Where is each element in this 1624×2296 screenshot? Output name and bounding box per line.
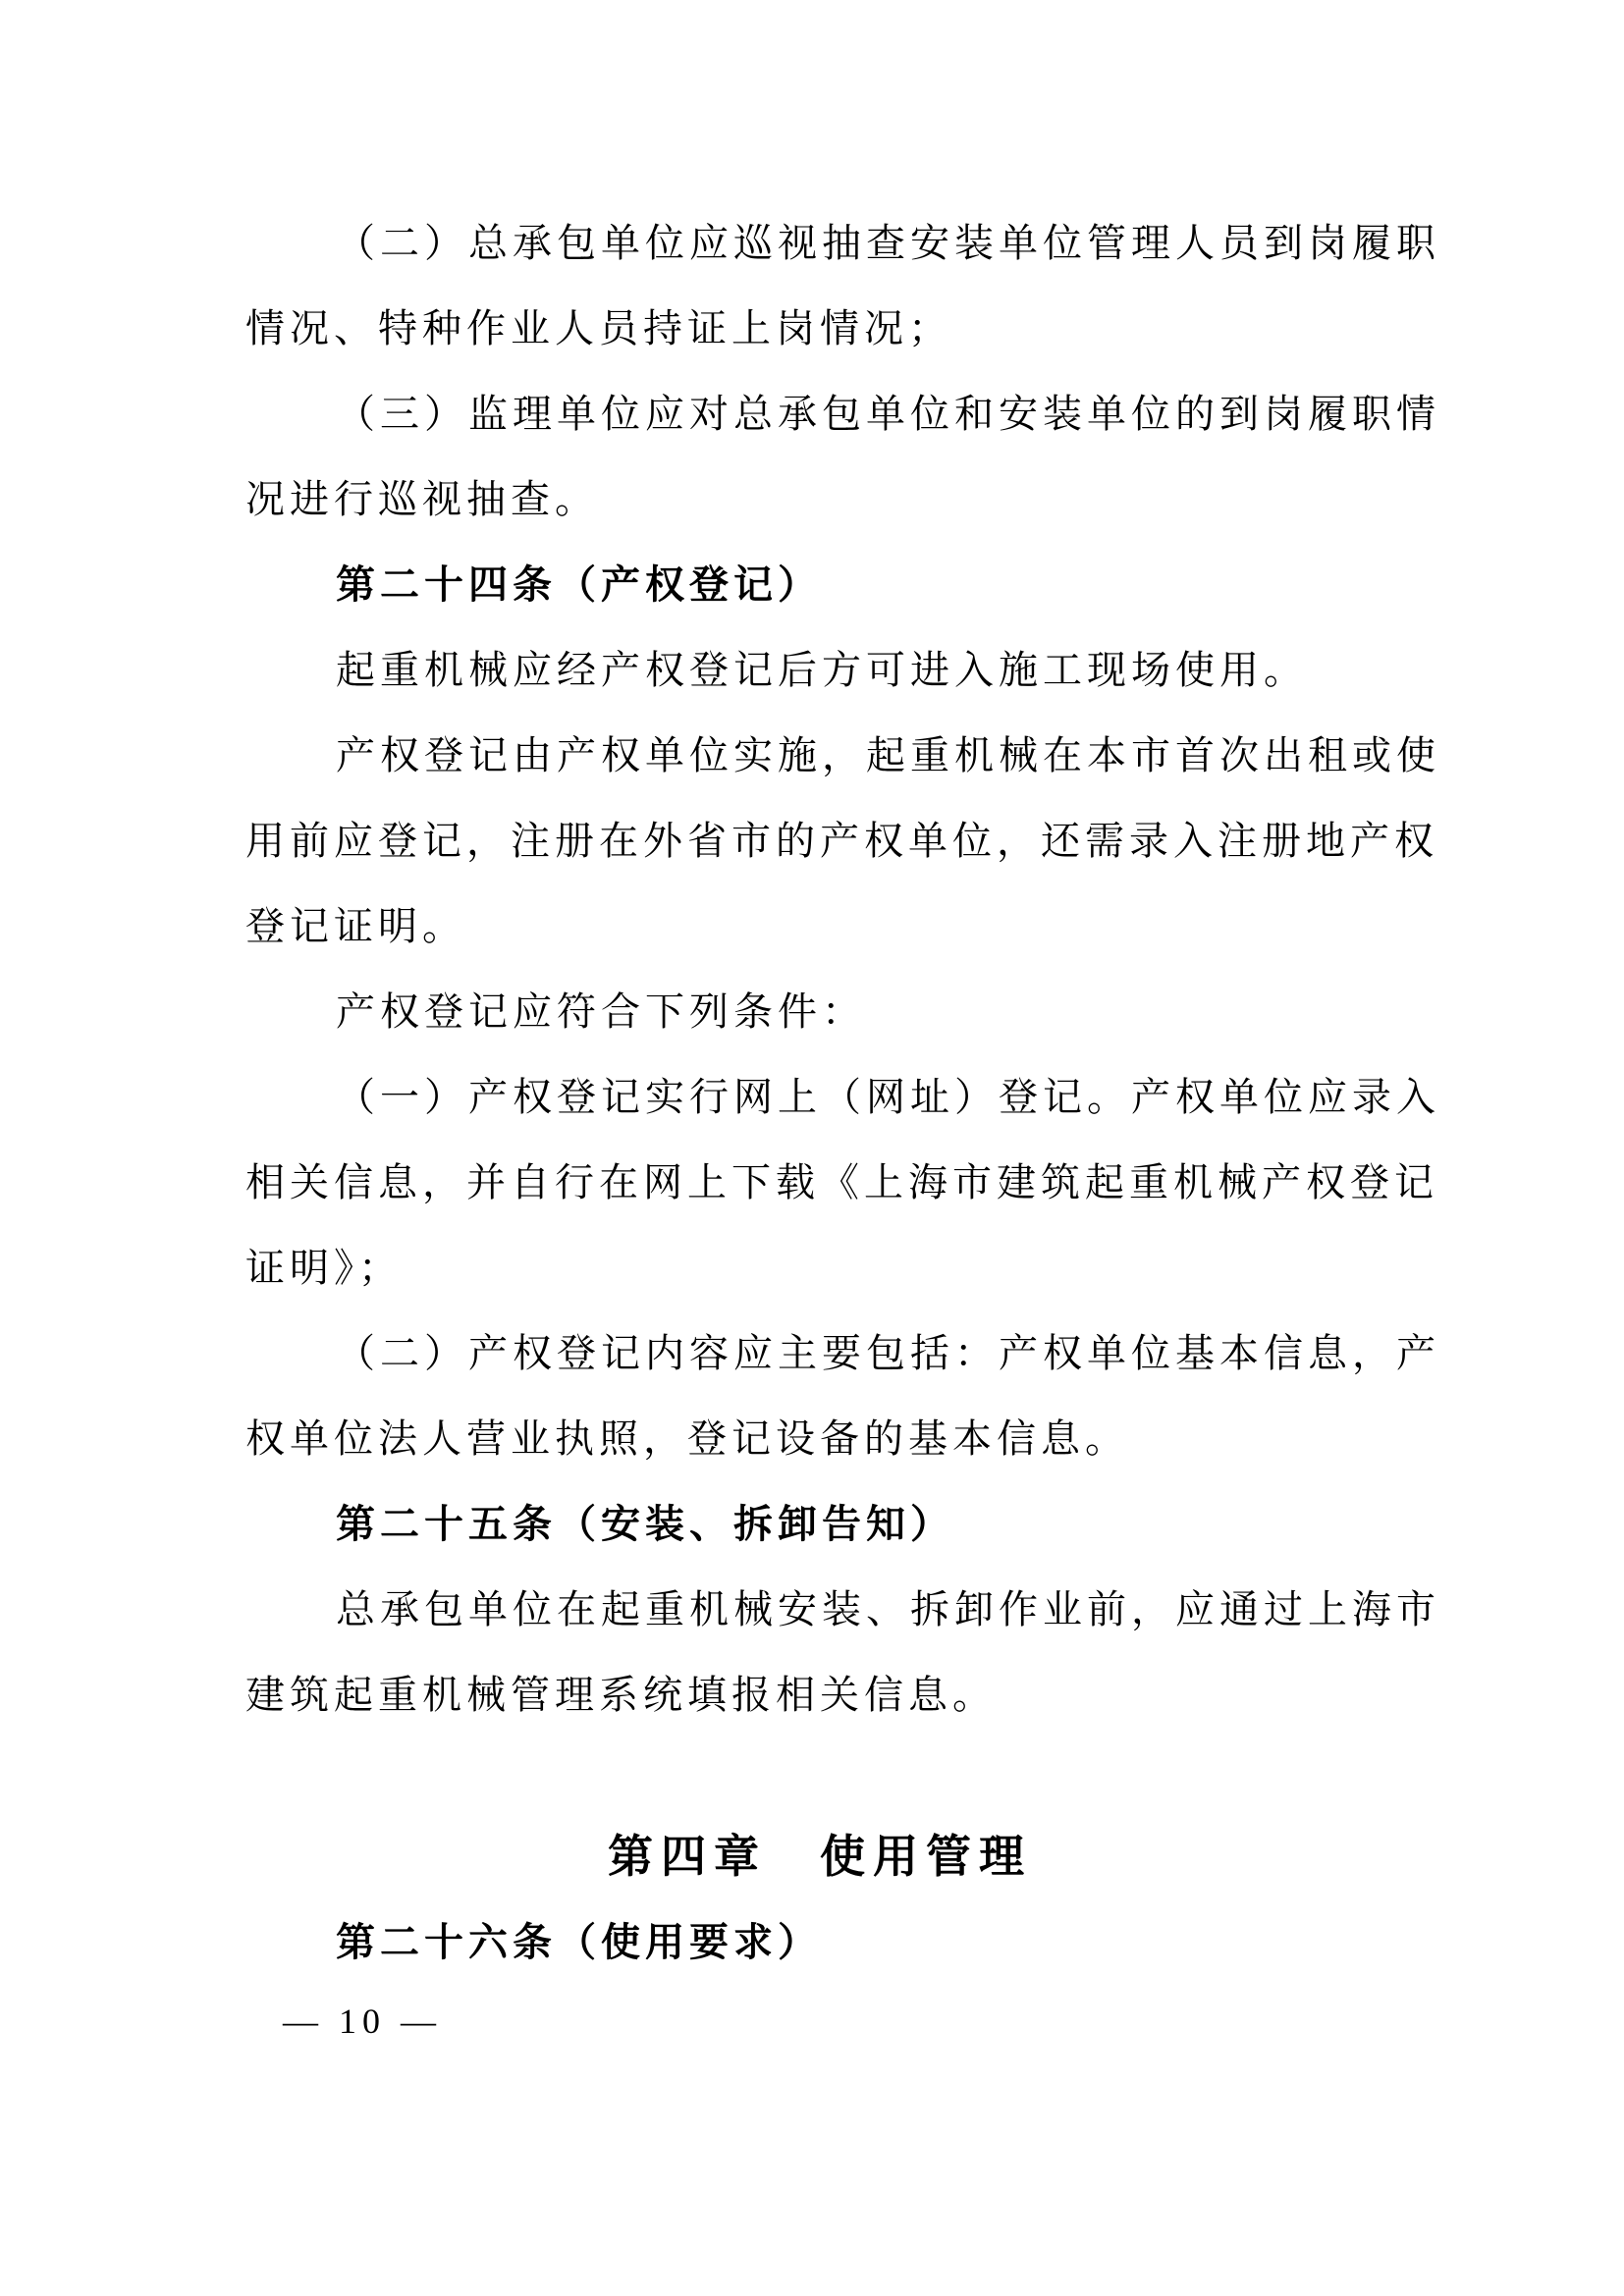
text-line: 登记证明。 xyxy=(245,883,1394,969)
text-line: 总承包单位在起重机械安装、拆卸作业前，应通过上海市 xyxy=(245,1567,1394,1652)
text-line: （二）总承包单位应巡视抽查安装单位管理人员到岗履职 xyxy=(245,200,1394,286)
text-line: 况进行巡视抽查。 xyxy=(245,456,1394,542)
text-line: 相关信息，并自行在网上下载《上海市建筑起重机械产权登记 xyxy=(245,1140,1394,1225)
text-line: 用前应登记，注册在外省市的产权单位，还需录入注册地产权 xyxy=(245,798,1394,883)
text-line: 起重机械应经产权登记后方可进入施工现场使用。 xyxy=(245,627,1394,713)
document-page: （二）总承包单位应巡视抽查安装单位管理人员到岗履职 情况、特种作业人员持证上岗情… xyxy=(0,0,1624,2296)
document-body: （二）总承包单位应巡视抽查安装单位管理人员到岗履职 情况、特种作业人员持证上岗情… xyxy=(245,200,1394,1985)
text-line: （一）产权登记实行网上（网址）登记。产权单位应录入 xyxy=(245,1054,1394,1140)
article-heading: 第二十四条（产权登记） xyxy=(245,542,1394,627)
text-line: 权单位法人营业执照，登记设备的基本信息。 xyxy=(245,1396,1394,1481)
text-line: 建筑起重机械管理系统填报相关信息。 xyxy=(245,1652,1394,1737)
text-line: 证明》； xyxy=(245,1225,1394,1310)
text-line: （二）产权登记内容应主要包括：产权单位基本信息，产 xyxy=(245,1310,1394,1396)
article-heading: 第二十六条（使用要求） xyxy=(245,1899,1394,1985)
chapter-heading: 第四章 使用管理 xyxy=(245,1814,1394,1899)
text-line: 产权登记应符合下列条件： xyxy=(245,969,1394,1054)
article-heading: 第二十五条（安装、拆卸告知） xyxy=(245,1481,1394,1567)
text-line: 情况、特种作业人员持证上岗情况； xyxy=(245,286,1394,371)
text-line: 产权登记由产权单位实施，起重机械在本市首次出租或使 xyxy=(245,713,1394,798)
page-number: — 10 — xyxy=(283,2001,442,2042)
text-line: （三）监理单位应对总承包单位和安装单位的到岗履职情 xyxy=(245,371,1394,456)
